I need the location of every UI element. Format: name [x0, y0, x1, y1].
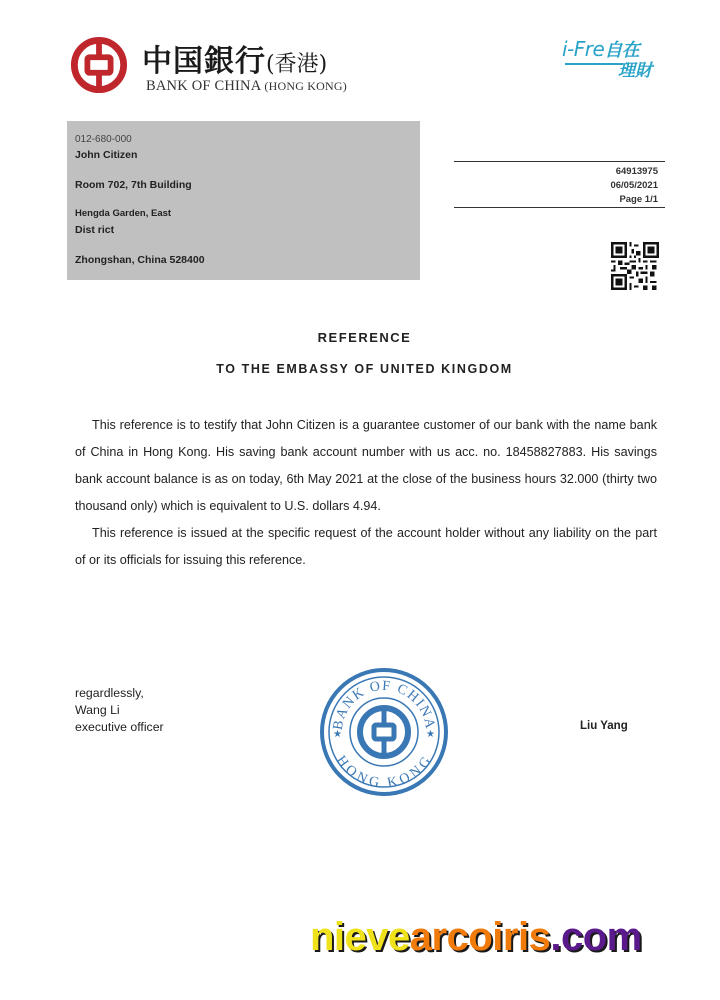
bank-name-chinese: 中国銀行(香港) — [142, 36, 327, 80]
reference-top-rule — [454, 161, 665, 162]
recipient-address-line3: Dist rict — [75, 224, 114, 236]
svg-text:★: ★ — [426, 729, 435, 740]
watermark-part2: arcoiris — [410, 915, 551, 959]
bank-name-en-text: BANK OF CHINA — [146, 78, 261, 94]
watermark: nievearcoiris.com — [310, 915, 642, 960]
recipient-account-code: 012-680-000 — [75, 134, 132, 145]
document-title: REFERENCE — [0, 330, 720, 345]
bank-name-en-region: (HONG KONG) — [264, 79, 347, 93]
body-paragraph-2: This reference is issued at the specific… — [75, 520, 657, 574]
qr-code-icon — [611, 242, 659, 290]
signature-closing: regardlessly, — [75, 686, 144, 700]
bank-name-cn-text: 中国銀行 — [142, 44, 266, 79]
bank-name-cn-region: (香港) — [266, 52, 327, 77]
body-paragraph-1: This reference is to testify that John C… — [75, 412, 657, 520]
signatory-name: Wang Li — [75, 703, 120, 717]
reference-number: 64913975 — [616, 166, 658, 177]
recipient-address-line1: Room 702, 7th Building — [75, 179, 192, 191]
recipient-address-line2: Hengda Garden, East — [75, 208, 171, 219]
signatory-title: executive officer — [75, 720, 164, 734]
watermark-part1: nieve — [310, 915, 410, 959]
recipient-address-line4: Zhongshan, China 528400 — [75, 254, 205, 266]
second-signatory-name: Liu Yang — [580, 720, 628, 732]
document-subtitle: TO THE EMBASSY OF UNITED KINGDOM — [0, 362, 720, 376]
bank-name-english: BANK OF CHINA (HONG KONG) — [146, 78, 347, 95]
bank-of-china-logo-icon — [70, 36, 128, 94]
recipient-name: John Citizen — [75, 149, 137, 161]
ifree-logo-underline — [565, 63, 623, 65]
svg-text:★: ★ — [333, 729, 342, 740]
ifree-logo: i-Fre自在 理財 — [562, 36, 672, 86]
bank-stamp-icon: BANK OF CHINA HONG KONG ★ ★ — [318, 666, 450, 798]
reference-date: 06/05/2021 — [610, 180, 658, 191]
recipient-address-block: 012-680-000 John Citizen Room 702, 7th B… — [67, 121, 420, 280]
page-indicator: Page 1/1 — [619, 194, 658, 205]
reference-bottom-rule — [454, 207, 665, 208]
ifree-logo-cn-bottom: 理財 — [618, 56, 652, 81]
watermark-part3: .com — [550, 915, 641, 959]
